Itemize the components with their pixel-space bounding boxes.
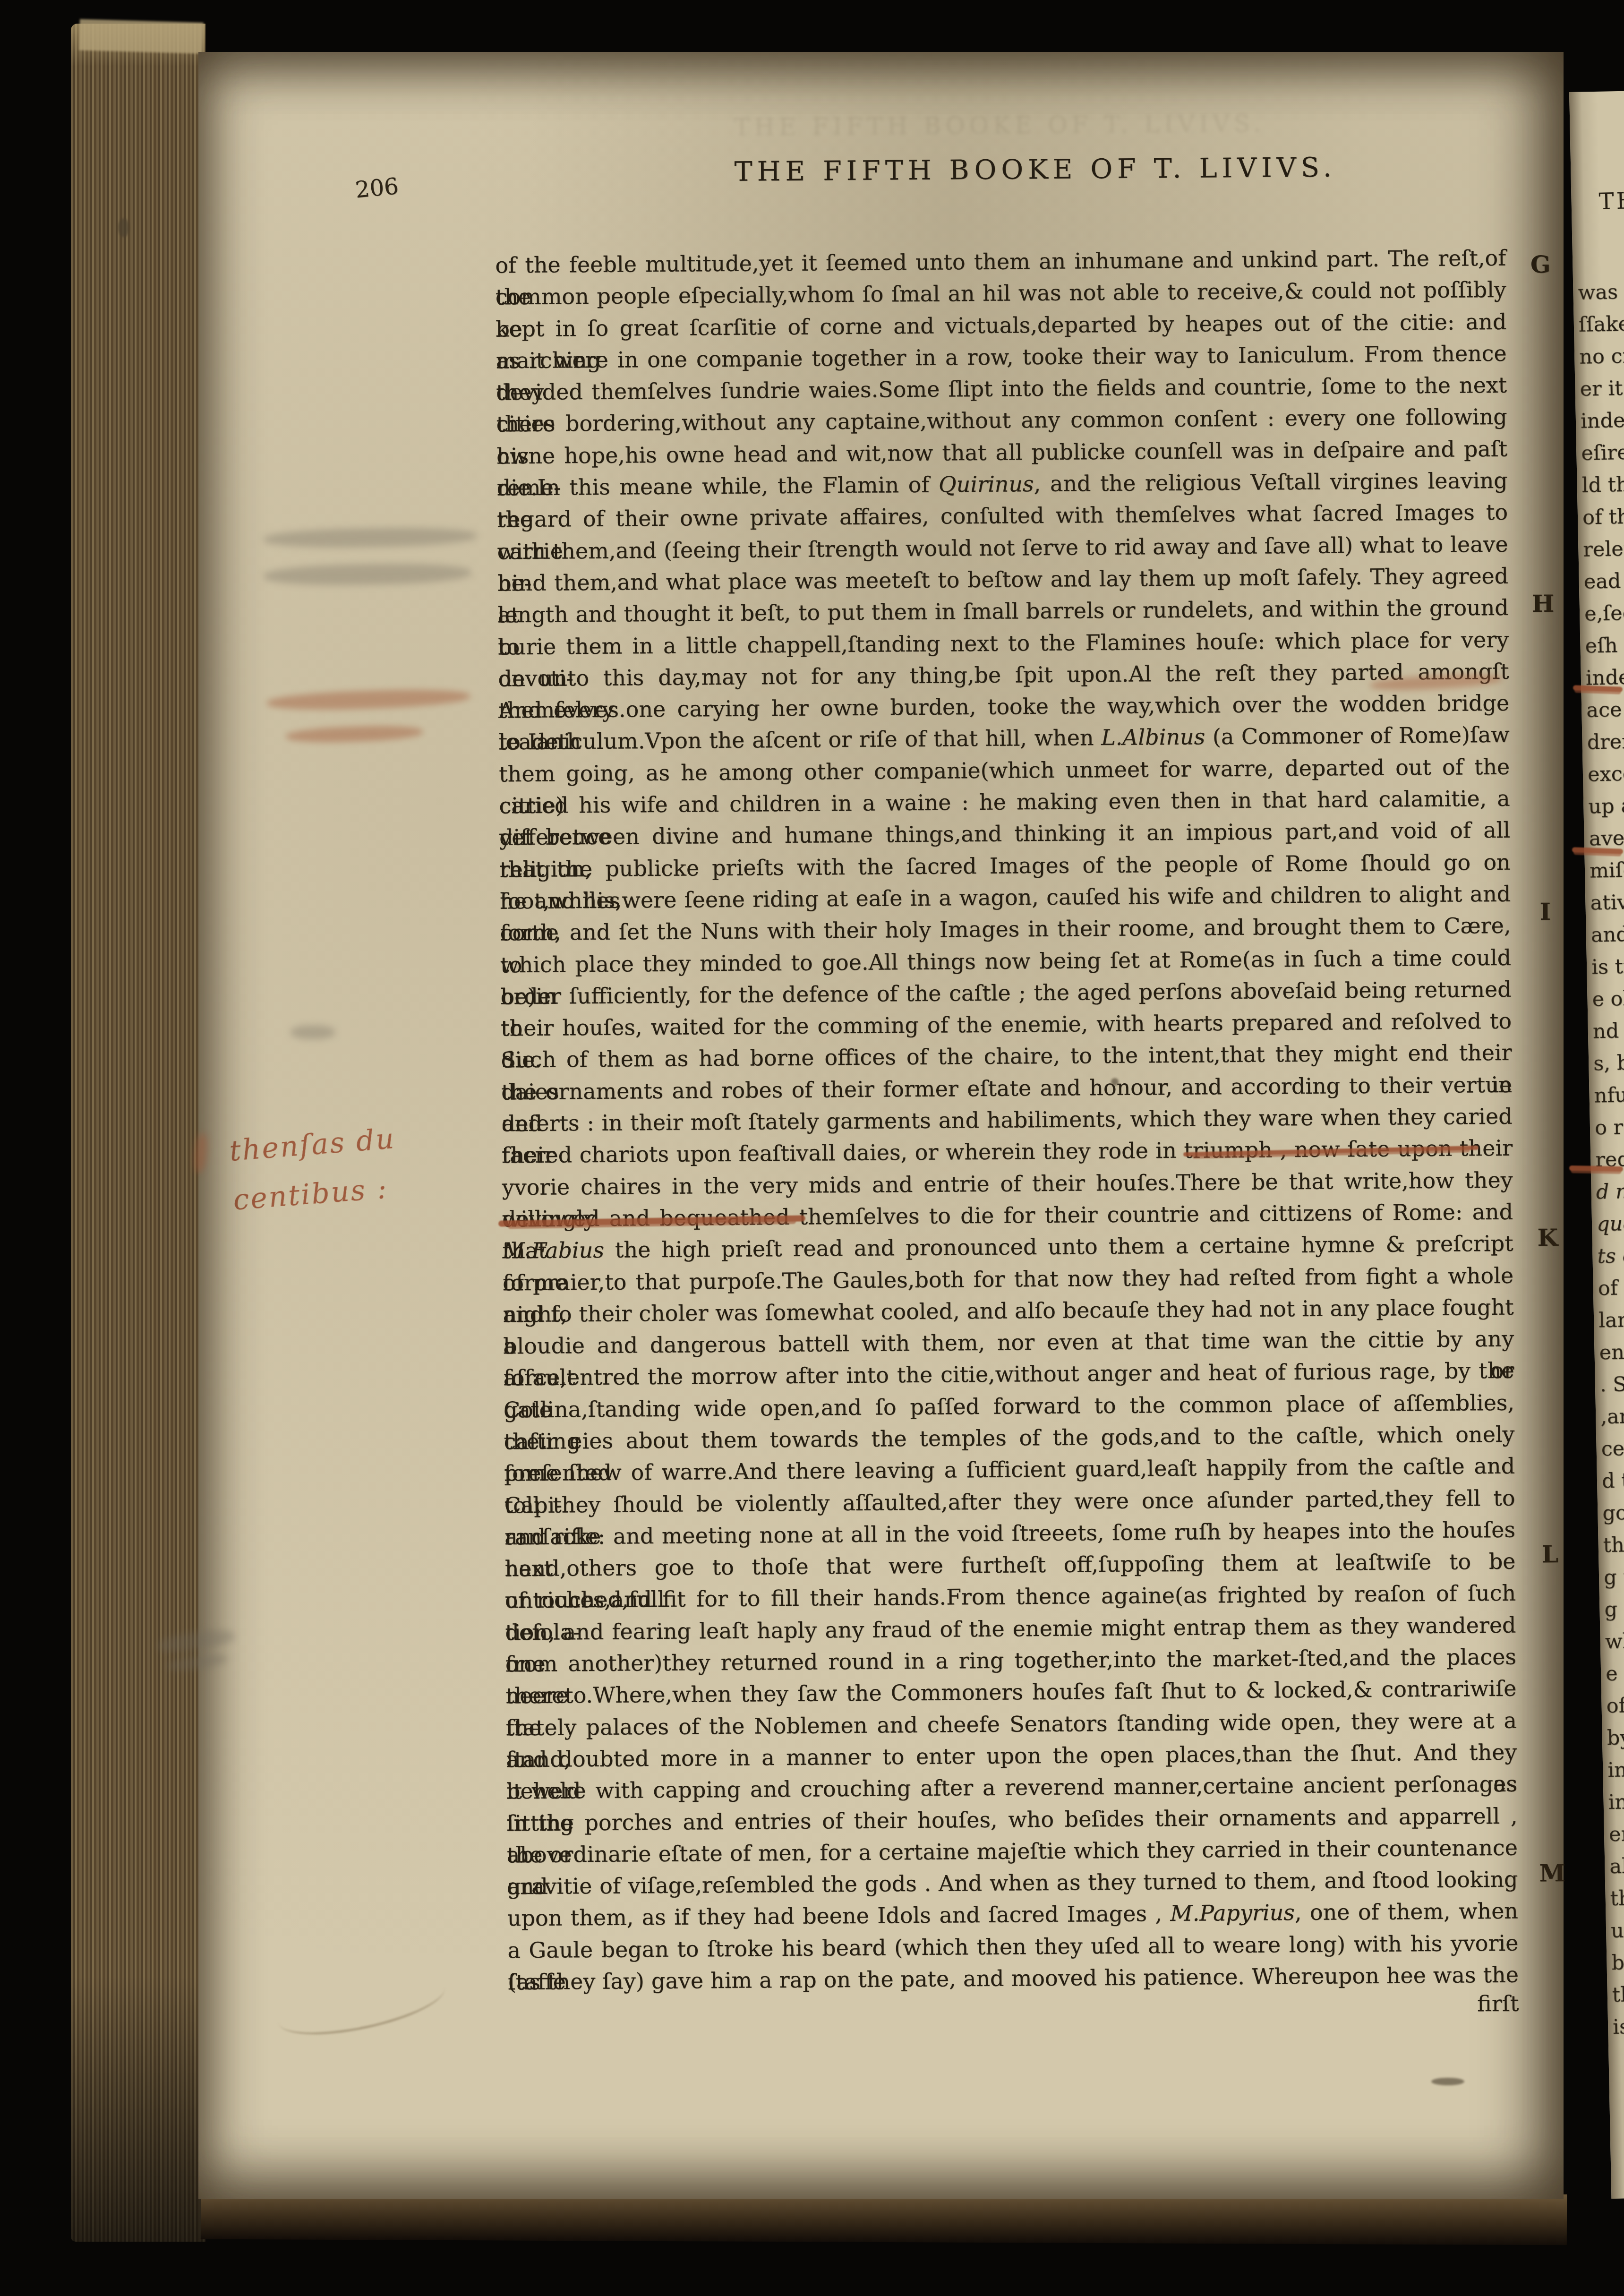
edge-text-fragment: the forrag xyxy=(1610,1885,1624,1910)
edge-text-fragment: eſh calami xyxy=(1585,632,1624,658)
marginalia-handwriting: thenſas du centibus : xyxy=(228,1114,401,1225)
book-page-stack-top xyxy=(79,19,204,53)
text-segment: , one of them, when xyxy=(1295,1898,1518,1925)
smudge-mark xyxy=(1431,2078,1464,2085)
edge-text-fragment: ques of their xyxy=(1597,1210,1624,1236)
edge-text-fragment: ands. Neith xyxy=(1590,921,1624,947)
edge-text-fragment: s, but reſolve xyxy=(1593,1049,1624,1076)
edge-text-fragment: boad in ex xyxy=(1611,1949,1624,1975)
edge-text-fragment: ave nothing xyxy=(1589,824,1624,850)
edge-text-fragment: the behalf xyxy=(1612,1981,1624,2007)
edge-text-fragment: of the cittie f xyxy=(1598,1274,1624,1301)
red-ink-mark xyxy=(1572,847,1623,854)
margin-section-letter: K xyxy=(1529,1224,1566,1252)
edge-text-fragment: o recover the xyxy=(1595,1114,1624,1140)
edge-text-fragment: ts onely of the xyxy=(1597,1242,1624,1268)
smudge-mark xyxy=(291,1025,335,1039)
edge-text-fragment: . So on the xyxy=(1599,1371,1624,1397)
book-fore-edge-pages xyxy=(71,24,205,2242)
smudge-mark xyxy=(118,218,129,237)
edge-text-fragment: ead not alla xyxy=(1583,567,1624,593)
page-content: THE FIFTH BOOKE OF T. LIVIVS. THE FIFTH … xyxy=(198,47,1579,2204)
running-title: THE FIFTH BOOKE OF T. LIVIVS. xyxy=(530,150,1541,189)
edge-text-fragment: of the cittie m xyxy=(1582,503,1624,529)
red-ink-mark xyxy=(1573,685,1623,692)
edge-text-fragment: dren, the no xyxy=(1587,728,1624,754)
text-segment: to Ianiculum.Vpon the aſcent or riſe of … xyxy=(498,725,1101,755)
page-number: 206 xyxy=(354,173,400,203)
edge-text-fragment: inde: both xyxy=(1607,1756,1624,1782)
edge-text-fragment: miſerable and xyxy=(1590,856,1624,882)
text-segment: (as they ſay) gave him a rap on the pate… xyxy=(508,1962,1519,1995)
edge-text-fragment: was murdered xyxy=(1578,278,1624,304)
edge-text-fragment: g that the h xyxy=(1604,1563,1624,1589)
red-ink-mark xyxy=(1569,1165,1623,1172)
text-segment: die.In this meane while, the Flamin of xyxy=(497,472,939,501)
edge-text-fragment: ld themſelves xyxy=(1581,471,1624,497)
italic-name-segment: Quirinus xyxy=(939,471,1034,497)
edge-text-fragment: ſſaker of th xyxy=(1578,311,1624,337)
edge-text-fragment: up a loft, as u xyxy=(1588,792,1624,819)
main-text-block: of the feeble multitude,yet it ſeemed un… xyxy=(495,242,1519,1998)
edge-text-fragment: ative countri xyxy=(1590,889,1624,915)
edge-text-fragment: ce of target xyxy=(1601,1435,1624,1461)
section-letters-column: GHIKLM xyxy=(198,47,1564,57)
edge-text-fragment: erupon the xyxy=(1609,1820,1624,1846)
italic-name-segment: M.Papyrius xyxy=(1170,1900,1295,1927)
edge-text-fragment: relent; how xyxy=(1583,536,1624,562)
edge-text-fragment: of them, or xyxy=(1606,1692,1624,1718)
next-page-text-fragments: was murderedſſaker of thno creatureer it… xyxy=(1569,91,1624,92)
edge-text-fragment: e Gaules, ov xyxy=(1606,1660,1624,1686)
edge-text-fragment: by force an xyxy=(1607,1724,1624,1750)
margin-section-letter: G xyxy=(1521,250,1559,279)
next-page-edge: TH was murderedſſaker of thno creatureer… xyxy=(1569,91,1624,2199)
edge-text-fragment: er it were tha xyxy=(1580,375,1624,401)
margin-section-letter: L xyxy=(1531,1540,1569,1568)
text-lines: of the feeble multitude,yet it ſeemed un… xyxy=(495,242,1519,1998)
edge-text-fragment: lamities,on xyxy=(1598,1306,1624,1332)
margin-section-letter: I xyxy=(1526,898,1564,926)
margin-section-letter: H xyxy=(1524,590,1562,618)
edge-text-fragment: ules depa xyxy=(1611,1917,1624,1943)
book-page: THE FIFTH BOOKE OF T. LIVIVS. THE FIFTH … xyxy=(198,52,1564,2199)
edge-text-fragment: they oppoſ xyxy=(1603,1532,1624,1558)
text-segment: gravitie of viſage,reſembled the gods . … xyxy=(507,1867,1518,1900)
edge-text-fragment: is troubleſom xyxy=(1591,953,1624,979)
text-segment: upon them, as if they had beene Idols an… xyxy=(507,1901,1171,1931)
edge-text-fragment: eſires(if happ xyxy=(1581,439,1624,465)
edge-text-fragment: nfully to def xyxy=(1594,1081,1624,1107)
smudge-mark xyxy=(1111,1078,1119,1086)
edge-text-fragment: nd overwhelm xyxy=(1592,1017,1624,1043)
edge-text-fragment: good Corps d xyxy=(1602,1499,1624,1525)
edge-text-fragment: is bodie w xyxy=(1613,2013,1624,2039)
italic-name-segment: L.Albinus xyxy=(1101,724,1205,751)
edge-text-fragment: no creature xyxy=(1579,343,1624,369)
italic-name-segment: M.Fabius xyxy=(502,1237,604,1264)
book-scan: THE FIFTH BOOKE OF T. LIVIVS. THE FIFTH … xyxy=(0,0,1624,2296)
edge-text-fragment: exceeding ſe xyxy=(1587,760,1624,787)
edge-text-fragment: which of it ſ xyxy=(1605,1628,1624,1653)
edge-text-fragment: ,arranged t xyxy=(1600,1403,1624,1429)
title-ink-bleedthrough: THE FIFTH BOOKE OF T. LIVIVS. xyxy=(494,108,1505,143)
edge-text-fragment: g come up xyxy=(1604,1596,1624,1622)
edge-text-fragment: d nothing bu xyxy=(1596,1178,1624,1204)
edge-text-fragment: ace ſo ever th xyxy=(1586,696,1624,722)
edge-text-fragment: e,ſeeing th xyxy=(1584,600,1624,626)
next-page-running-title-fragment: TH xyxy=(1598,188,1624,215)
text-segment: (a Commoner of Rome)ſaw xyxy=(1205,722,1510,750)
edge-text-fragment: d themſelves, xyxy=(1602,1466,1624,1493)
edge-text-fragment: in the mea xyxy=(1608,1788,1624,1814)
edge-text-fragment: e object: and xyxy=(1592,985,1624,1011)
edge-text-fragment: about the xyxy=(1609,1853,1624,1878)
margin-section-letter: M xyxy=(1533,1859,1571,1887)
edge-text-fragment: inde of the le xyxy=(1580,407,1624,433)
edge-text-fragment: ence were u xyxy=(1599,1338,1624,1364)
